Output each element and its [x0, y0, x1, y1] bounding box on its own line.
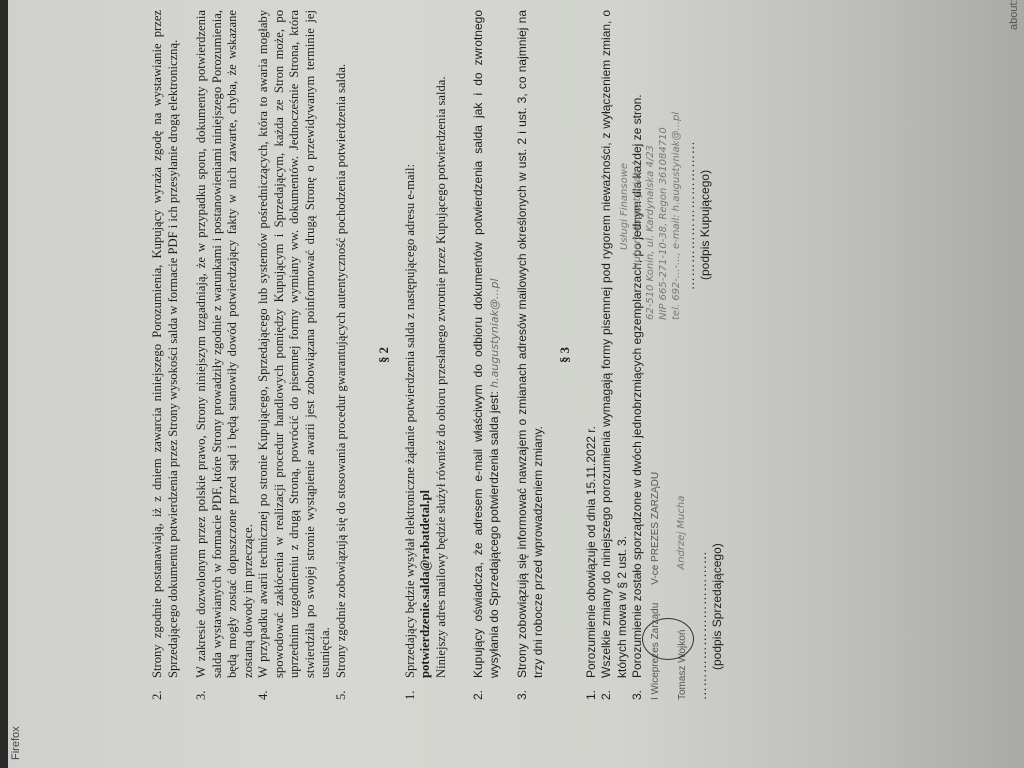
list-item: 2. Strony zgodnie postanawiają, iż z dni… [150, 10, 181, 700]
item-text: Strony zgodnie postanawiają, iż z dniem … [150, 10, 181, 678]
item-text: Kupujący oświadcza, że adresem e-mail wł… [471, 10, 502, 678]
section-1-items: 2. Strony zgodnie postanawiają, iż z dni… [150, 10, 349, 700]
item-text: W przypadku awarii technicznej po stroni… [256, 10, 334, 678]
item-number: 2. [599, 678, 630, 700]
item-text: Sprzedający będzie wysyłał elektroniczne… [403, 10, 450, 678]
seller-signatory-2: Andrzej Mucha [675, 496, 691, 570]
item-number: 3. [630, 678, 646, 700]
list-item: 1. Sprzedający będzie wysyłał elektronic… [403, 10, 450, 700]
item-number: 2. [471, 678, 502, 700]
buyer-stamp-line: NIP 665-271-10-38, Regon 361084710 [657, 10, 670, 320]
section-3-heading: § 3 [558, 10, 574, 700]
buyer-stamp-line: tel. 692-...-..., e-mail: h.augustyniak@… [670, 10, 683, 320]
item-text: Porozumienie obowiązuje od dnia 15.11.20… [584, 10, 600, 678]
seller-signature-block: I Wiceprezes Zarządu V-ce PREZES ZARZĄDU… [648, 390, 726, 700]
buyer-signature-line: …………………………… [683, 10, 699, 290]
item-number: 4. [256, 678, 334, 700]
section-2-items: 1. Sprzedający będzie wysyłał elektronic… [403, 10, 547, 700]
item-number: 2. [150, 678, 181, 700]
buyer-signature-caption: (podpis Kupującego) [698, 10, 714, 280]
browser-tab-title: about:blank [1008, 0, 1020, 30]
buyer-signature-block: Usługi Finansowe Hubert Augustyniak 62-5… [618, 10, 714, 320]
list-item: 1. Porozumienie obowiązuje od dnia 15.11… [584, 10, 600, 700]
item-text: W zakresie dozwolonym przez polskie praw… [194, 10, 256, 678]
item-number: 5. [334, 678, 350, 700]
item-number: 1. [403, 678, 450, 700]
buyer-email-handwritten: h.augustyniak@...pl [488, 278, 501, 387]
signature-area: I Wiceprezes Zarządu V-ce PREZES ZARZĄDU… [648, 10, 768, 700]
browser-window-edge [0, 0, 8, 768]
section-2-heading: § 2 [377, 10, 393, 700]
item-number: 3. [194, 678, 256, 700]
item-text: Strony zgodnie zobowiązują się do stosow… [334, 10, 350, 678]
item-number: 3. [515, 678, 546, 700]
seller-signature-scribble [642, 618, 694, 660]
list-item: 3. Strony zobowiązują się informować naw… [515, 10, 546, 700]
list-item: 2. Kupujący oświadcza, że adresem e-mail… [471, 10, 502, 700]
seller-stamp-title-2: V-ce PREZES ZARZĄDU [648, 472, 664, 585]
seller-signature-line: …………………………… [695, 390, 711, 700]
list-item: 3. W zakresie dozwolonym przez polskie p… [194, 10, 256, 700]
list-item: 4. W przypadku awarii technicznej po str… [256, 10, 334, 700]
buyer-stamp-line: Hubert Augustyniak [631, 10, 644, 270]
list-item: 5. Strony zgodnie zobowiązują się do sto… [334, 10, 350, 700]
buyer-stamp-line: Usługi Finansowe [618, 10, 631, 250]
seller-signature-caption: (podpis Sprzedającego) [710, 390, 726, 670]
item-text: Strony zobowiązują się informować nawzaj… [515, 10, 546, 678]
item-number: 1. [584, 678, 600, 700]
browser-app-name: Firefox [10, 726, 22, 760]
seller-email: potwierdzenie.salda@rabatdetal.pl [418, 490, 432, 678]
document-page: 2. Strony zgodnie postanawiają, iż z dni… [150, 10, 870, 700]
buyer-stamp-line: 62-510 Konin, ul. Kardynalska 4/23 [644, 10, 657, 320]
